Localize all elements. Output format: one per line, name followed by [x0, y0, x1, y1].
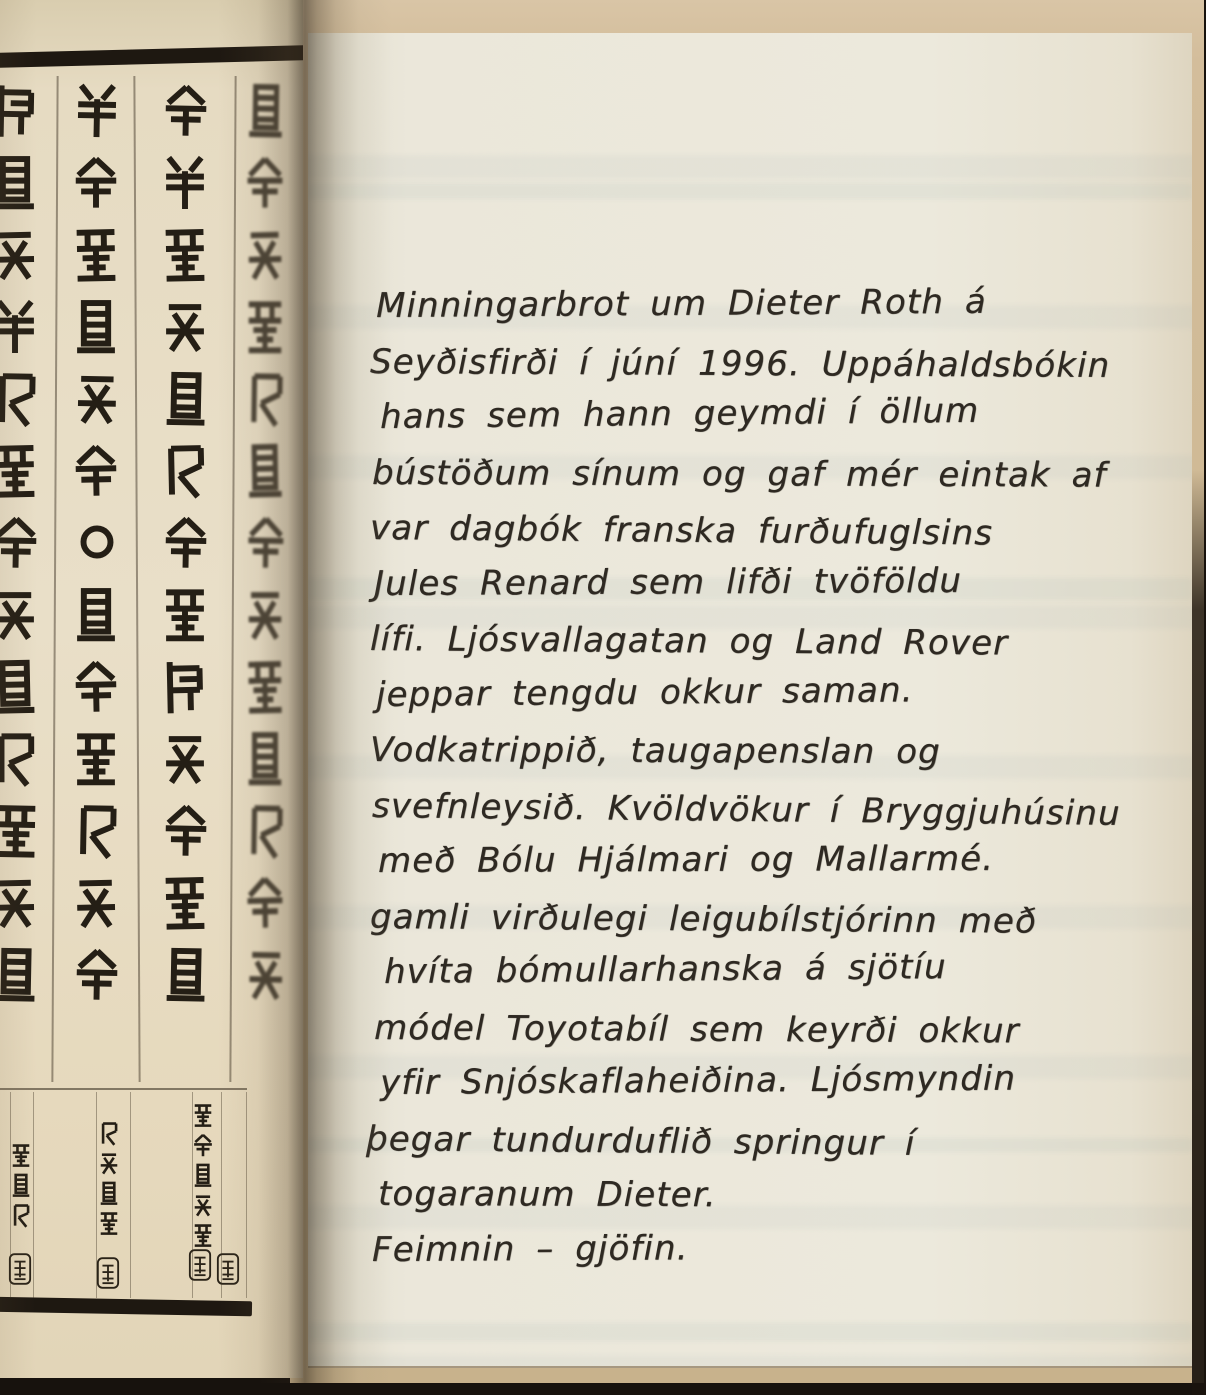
cjk-glyph-small: [97, 1120, 121, 1146]
cjk-glyph: [0, 728, 42, 788]
cjk-glyph: [0, 584, 42, 644]
colophon-divider: [246, 1092, 247, 1298]
book-spread-scan: Minningarbrot um Dieter Roth áSeyðisfirð…: [0, 0, 1206, 1395]
woodblock-bottom-border: [0, 1297, 252, 1317]
colophon-divider: [192, 1092, 193, 1298]
cjk-glyph: [69, 800, 124, 861]
colophon-divider: [221, 1092, 222, 1298]
cjk-glyph: [158, 584, 212, 644]
seal-stamp: [96, 1256, 120, 1290]
woodblock-column-2: [56, 74, 136, 1010]
cjk-glyph: [0, 512, 44, 573]
colophon-column-2: [94, 1118, 124, 1238]
cjk-glyph: [0, 800, 44, 861]
cjk-glyph: [157, 655, 212, 716]
cjk-glyph-small: [97, 1150, 121, 1176]
cjk-glyph-small: [97, 1180, 121, 1206]
column-divider: [133, 76, 140, 1082]
seal-stamp: [216, 1252, 240, 1286]
cjk-glyph: [158, 512, 213, 573]
cjk-glyph-small: [97, 1210, 121, 1236]
cjk-glyph-small: [191, 1102, 215, 1128]
cjk-glyph: [158, 152, 212, 212]
cjk-glyph: [0, 368, 44, 429]
colophon-column-3: [188, 1100, 218, 1250]
bleedthrough-band: [308, 1323, 1192, 1341]
cjk-glyph: [158, 368, 213, 429]
cjk-glyph: [158, 296, 212, 356]
column-divider: [229, 76, 236, 1082]
cjk-glyph: [157, 223, 212, 284]
cjk-glyph: [68, 871, 123, 932]
scan-right-edge: [1192, 470, 1206, 1395]
cjk-glyph: [0, 80, 44, 141]
handwritten-line-8: jeppar tengdu okkur saman.: [376, 661, 1121, 723]
cjk-glyph: [158, 728, 212, 788]
bleedthrough-band: [308, 183, 1192, 199]
handwritten-line-16: þegar tundurduflið springur í: [366, 1112, 1121, 1174]
woodblock-mid-border: [0, 1088, 247, 1090]
handwritten-line-17: togaranum Dieter.: [378, 1167, 1121, 1225]
seal-stamp: [188, 1248, 212, 1282]
cjk-glyph: [68, 655, 123, 716]
cjk-glyph: [0, 152, 42, 212]
woodblock-column-1: [0, 74, 52, 1010]
handwritten-line-9: Vodkatrippið, taugapenslan og: [370, 723, 1121, 781]
cjk-glyph: [157, 439, 212, 500]
cjk-glyph-small: [191, 1222, 215, 1248]
colophon-divider: [33, 1092, 34, 1298]
cjk-glyph: [69, 512, 124, 573]
cjk-glyph-small: [191, 1192, 215, 1218]
handwritten-line-4: bústöðum sínum og gaf mér eintak af: [372, 446, 1121, 504]
handwritten-line-18: Feimnin – gjöfin.: [372, 1219, 1121, 1278]
handwritten-line-13: hvíta bómullarhanska á sjötíu: [384, 939, 1121, 1001]
cjk-glyph: [157, 871, 212, 932]
colophon-divider: [130, 1092, 131, 1298]
cjk-glyph: [0, 296, 42, 356]
cjk-glyph: [0, 439, 43, 500]
cjk-glyph: [0, 223, 43, 284]
cjk-glyph: [69, 80, 124, 141]
cjk-glyph: [69, 584, 123, 644]
cjk-glyph: [69, 368, 124, 429]
colophon-divider: [96, 1092, 97, 1298]
cjk-glyph-small: [9, 1172, 33, 1198]
handwritten-line-3: hans sem hann geymdi í öllum: [380, 382, 1121, 445]
handwritten-line-6: Jules Renard sem lifði tvöföldu: [374, 553, 1121, 612]
page-fold-shadow: [258, 0, 392, 1383]
handwritten-line-15: yfir Snjóskaflaheiðina. Ljósmyndin: [380, 1051, 1121, 1112]
cjk-glyph: [69, 728, 123, 788]
right-page-handwritten: Minningarbrot um Dieter Roth áSeyðisfirð…: [308, 33, 1192, 1368]
cjk-glyph: [0, 655, 43, 716]
handwritten-line-1: Minningarbrot um Dieter Roth á: [376, 274, 1121, 335]
cjk-glyph: [0, 944, 44, 1005]
cjk-glyph: [158, 80, 213, 141]
cjk-glyph: [0, 871, 43, 932]
cjk-glyph-small: [191, 1162, 215, 1188]
cjk-glyph-small: [191, 1132, 215, 1158]
handwritten-line-11: með Bólu Hjálmari og Mallarmé.: [378, 831, 1121, 889]
cjk-glyph: [68, 439, 123, 500]
colophon-divider: [10, 1092, 11, 1298]
cjk-glyph: [158, 800, 213, 861]
cjk-glyph-small: [9, 1202, 33, 1228]
cjk-glyph: [69, 152, 123, 212]
colophon-column-1: [6, 1140, 36, 1230]
cjk-glyph: [68, 223, 123, 284]
cjk-glyph: [69, 944, 124, 1005]
cjk-glyph-small: [9, 1142, 33, 1168]
cjk-glyph: [69, 296, 123, 356]
woodblock-column-3: [140, 74, 230, 1010]
handwritten-text-block: Minningarbrot um Dieter Roth áSeyðisfirð…: [370, 279, 1121, 1278]
column-divider: [51, 76, 58, 1082]
cjk-glyph: [158, 944, 213, 1005]
seal-stamp: [8, 1252, 32, 1286]
